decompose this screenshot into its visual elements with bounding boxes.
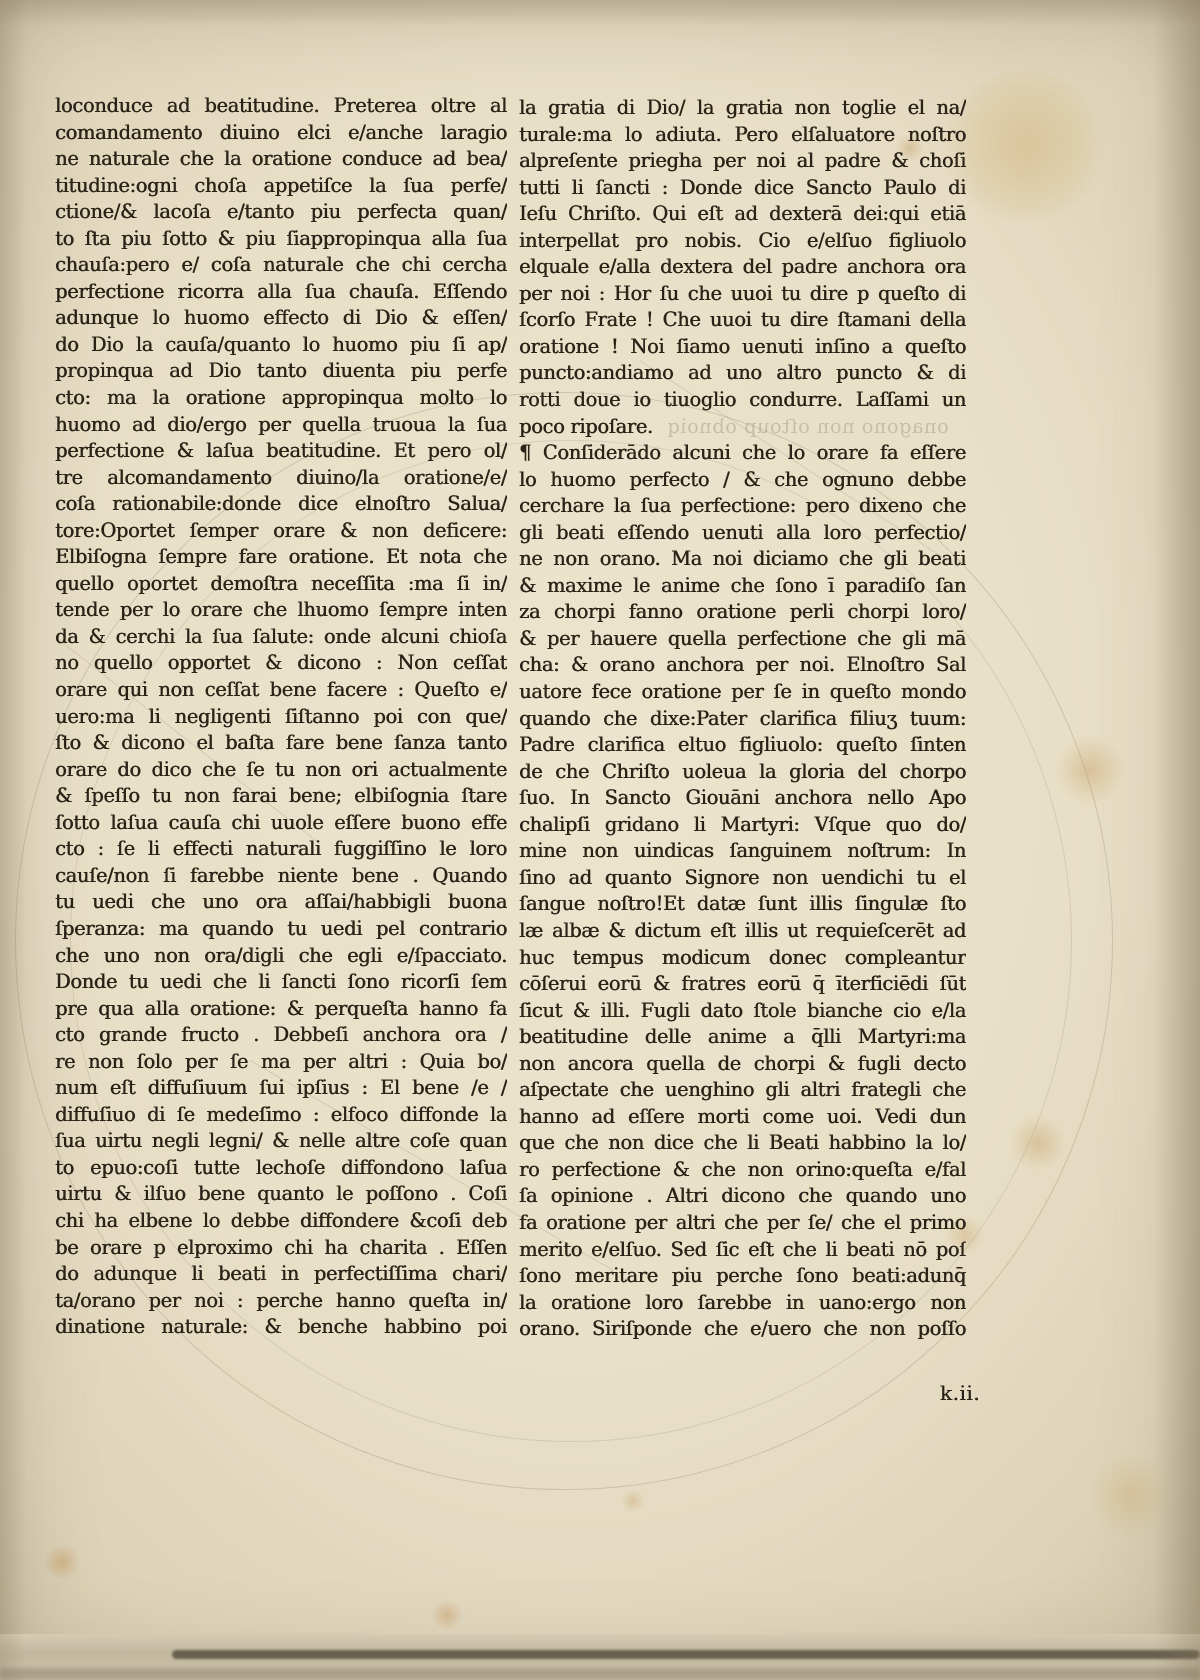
text-line: no quello opportet & dicono : Non ceſſat [55, 650, 507, 677]
text-line: chauſa:pero e/ coſa naturale che chi cer… [55, 252, 507, 279]
text-line: tore:Oportet ſemper orare & non deficere… [55, 518, 507, 545]
text-line: hanno ad eſſere morti come uoi. Vedi dun [519, 1104, 966, 1131]
signature-mark: k.ii. [760, 1381, 980, 1405]
text-line: ctione/& lacoſa e/tanto piu perfecta qua… [55, 199, 507, 226]
text-line: Padre clarifica eltuo figliuolo: queſto … [519, 732, 966, 759]
text-line: Elbiſogna ſempre fare oratione. Et nota … [55, 544, 507, 571]
text-line: orano. Siriſponde che e/uero che non poſ… [519, 1316, 966, 1343]
text-line: Ieſu Chriſto. Qui eſt ad dexterā dei:qui… [519, 201, 966, 228]
foxing-stain [430, 1600, 464, 1630]
page-right-edge [1154, 0, 1200, 1680]
text-line: comandamento diuino elci e/anche laragio [55, 120, 507, 147]
text-line: ne non orano. Ma noi diciamo che gli bea… [519, 546, 966, 573]
text-line: & per hauere quella perfectione che gli … [519, 626, 966, 653]
page-top-edge [0, 0, 1200, 26]
text-line: huc tempus modicum donec compleantur [519, 945, 966, 972]
text-line: puncto:andiamo ad uno altro puncto & di [519, 360, 966, 387]
text-line: ta/orano per noi : perche hanno queſta i… [55, 1288, 507, 1315]
text-line: do adunque li beati in perfectiſſima cha… [55, 1261, 507, 1288]
foxing-stain [42, 1545, 82, 1579]
text-line: uero:ma li negligenti ſiſtanno poi con q… [55, 704, 507, 731]
text-line: loconduce ad beatitudine. Preterea oltre… [55, 93, 507, 120]
text-line: lo huomo perfecto / & che ognuno debbe [519, 467, 966, 494]
text-line: ſperanza: ma quando tu uedi pel contrari… [55, 916, 507, 943]
text-line: be orare p elproximo chi ha charita . Eſ… [55, 1235, 507, 1262]
text-line: ſto & dicono el baſta fare bene ſanza ta… [55, 730, 507, 757]
text-line: chalipſi gridano li Martyri: Vſque quo d… [519, 812, 966, 839]
text-line: la oratione loro ſarebbe in uano:ergo no… [519, 1290, 966, 1317]
text-line: beatitudine delle anime a q̄lli Martyri:… [519, 1024, 966, 1051]
text-line: & ſpeſſo tu non farai bene; elbiſognia ſ… [55, 783, 507, 810]
text-line: per noi : Hor ſu che uuoi tu dire p queſ… [519, 281, 966, 308]
text-line: interpellat pro nobis. Cio e/elſuo figli… [519, 228, 966, 255]
text-line: cto: ma la oratione appropinqua molto lo [55, 385, 507, 412]
text-line: diffuſiuo di ſe medeſimo : elfoco diffon… [55, 1102, 507, 1129]
page-edge-shadow [172, 1650, 1200, 1659]
text-line: cōſerui eorū & fratres eorū q̄ īterficiē… [519, 971, 966, 998]
text-line: ſa opinione . Altri dicono che quando un… [519, 1183, 966, 1210]
text-line: cauſe/non ſi farebbe niente bene . Quand… [55, 863, 507, 890]
text-line: poco ripoſare.onagono non oſtoup obnoiq [519, 414, 966, 441]
text-line: non ancora quella de chorpi & fugli dect… [519, 1051, 966, 1078]
show-through-text: onagono non oſtoup obnoiq [667, 414, 949, 441]
text-line: læ albæ & dictum eſt illis ut requieſcer… [519, 918, 966, 945]
text-line: turale:ma lo adiuta. Pero elſaluatore no… [519, 122, 966, 149]
text-line: ¶ Conſiderādo alcuni che lo orare fa eſſ… [519, 440, 966, 467]
text-line: oratione ! Noi ſiamo uenuti inſino a que… [519, 334, 966, 361]
text-line: ſcorſo Frate ! Che uuoi tu dire ſtamani … [519, 307, 966, 334]
text-line: gli beati eſſendo uenuti alla loro perfe… [519, 520, 966, 547]
text-line: que che non dice che li Beati habbino la… [519, 1130, 966, 1157]
text-line: tende per lo orare che lhuomo ſempre int… [55, 597, 507, 624]
text-line: mine non uindicas ſanguinem noſtrum: In [519, 838, 966, 865]
text-line: tutti li ſancti : Donde dice Sancto Paul… [519, 175, 966, 202]
text-line: do Dio la cauſa/quanto lo huomo piu ſi a… [55, 332, 507, 359]
text-line: la gratia di Dio/ la gratia non toglie e… [519, 95, 966, 122]
text-line: tu uedi che uno ora aſſai/habbigli buona [55, 889, 507, 916]
text-line: to ſta piu ſotto & piu ſiappropinqua all… [55, 226, 507, 253]
text-line: rotti doue io tiuoglio condurre. Laſſami… [519, 387, 966, 414]
text-line: ſono meritare piu perche ſono beati:adun… [519, 1263, 966, 1290]
text-line: adunque lo huomo effecto di Dio & eſſen/ [55, 305, 507, 332]
text-line: da & cerchi la ſua ſalute: onde alcuni c… [55, 624, 507, 651]
text-line: coſa rationabile:donde dice elnoſtro Sal… [55, 491, 507, 518]
text-column-left: loconduce ad beatitudine. Preterea oltre… [55, 93, 507, 1341]
text-line: perfectione ricorra alla ſua chauſa. Eſſ… [55, 279, 507, 306]
text-line: cerchare la ſua perfectione: pero dixeno… [519, 493, 966, 520]
text-line: cto grande fructo . Debbeſi anchora ora … [55, 1022, 507, 1049]
text-line: elquale e/alla dextera del padre anchora… [519, 254, 966, 281]
text-line: orare do dico che ſe tu non ori actualme… [55, 757, 507, 784]
text-line: ro perfectione & che non orino:queſta e/… [519, 1157, 966, 1184]
page-edge-shadow [0, 1668, 1200, 1680]
text-line: merito e/elſuo. Sed ſic eſt che li beati… [519, 1237, 966, 1264]
text-line: num eſt diffuſiuum ſui ipſius : El bene … [55, 1075, 507, 1102]
text-line: ſangue noſtro!Et datæ ſunt illis ſingulæ… [519, 891, 966, 918]
text-line: cha: & orano anchora per noi. Elnoſtro S… [519, 652, 966, 679]
text-line: aſpectate che uenghino gli altri frategl… [519, 1077, 966, 1104]
text-line: re non ſolo per ſe ma per altri : Quia b… [55, 1049, 507, 1076]
text-line: orare qui non ceſſat bene facere : Queſt… [55, 677, 507, 704]
page-left-edge [0, 0, 26, 1680]
text-line: ſicut & illi. Fugli dato ſtole bianche c… [519, 998, 966, 1025]
text-line: quando che dixe:Pater clarifica filiuʒ t… [519, 706, 966, 733]
text-line: uatore fece oratione per ſe in queſto mo… [519, 679, 966, 706]
text-line: uirtu & ilſuo bene quanto le poſſono . C… [55, 1181, 507, 1208]
text-line: ſua uirtu negli legni/ & nelle altre coſ… [55, 1128, 507, 1155]
text-line: Donde tu uedi che li ſancti ſono ricorſi… [55, 969, 507, 996]
text-line: pre qua alla oratione: & perqueſta hanno… [55, 996, 507, 1023]
text-line: propinqua ad Dio tanto diuenta piu perfe [55, 358, 507, 385]
page-scan: loconduce ad beatitudine. Preterea oltre… [0, 0, 1200, 1680]
text-line: de che Chriſto uoleua la gloria del chor… [519, 759, 966, 786]
text-line: & maxime le anime che ſono ī paradiſo ſa… [519, 573, 966, 600]
text-line: alpreſente priegha per noi al padre & ch… [519, 148, 966, 175]
text-line: ſino ad quanto Signore non uendichi tu e… [519, 865, 966, 892]
text-line: to epuo:coſi tutte lechoſe diffondono la… [55, 1155, 507, 1182]
text-line: titudine:ogni choſa appetiſce la ſua per… [55, 173, 507, 200]
text-line: ſotto laſua cauſa chi uuole eſſere buono… [55, 810, 507, 837]
text-line: huomo ad dio/ergo per quella truoua la ſ… [55, 412, 507, 439]
text-line: dinatione naturale: & benche habbino poi [55, 1314, 507, 1341]
text-line: cto : ſe li effecti naturali fuggiſſino … [55, 836, 507, 863]
text-line: ne naturale che la oratione conduce ad b… [55, 146, 507, 173]
text-column-right: la gratia di Dio/ la gratia non toglie e… [519, 95, 966, 1343]
text-line: ſuo. In Sancto Giouāni anchora nello Apo [519, 785, 966, 812]
text-line: che uno non ora/digli che egli e/ſpaccia… [55, 943, 507, 970]
text-line: perfectione & laſua beatitudine. Et pero… [55, 438, 507, 465]
text-line: fa oratione per altri che per ſe/ che el… [519, 1210, 966, 1237]
text-line: za chorpi fanno oratione perli chorpi lo… [519, 599, 966, 626]
text-line: quello oportet demoſtra neceſſita :ma ſi… [55, 571, 507, 598]
text-line: tre alcomandamento diuino/la oratione/e/ [55, 465, 507, 492]
foxing-stain [620, 1490, 646, 1512]
text-line: chi ha elbene lo debbe diffondere &coſi … [55, 1208, 507, 1235]
